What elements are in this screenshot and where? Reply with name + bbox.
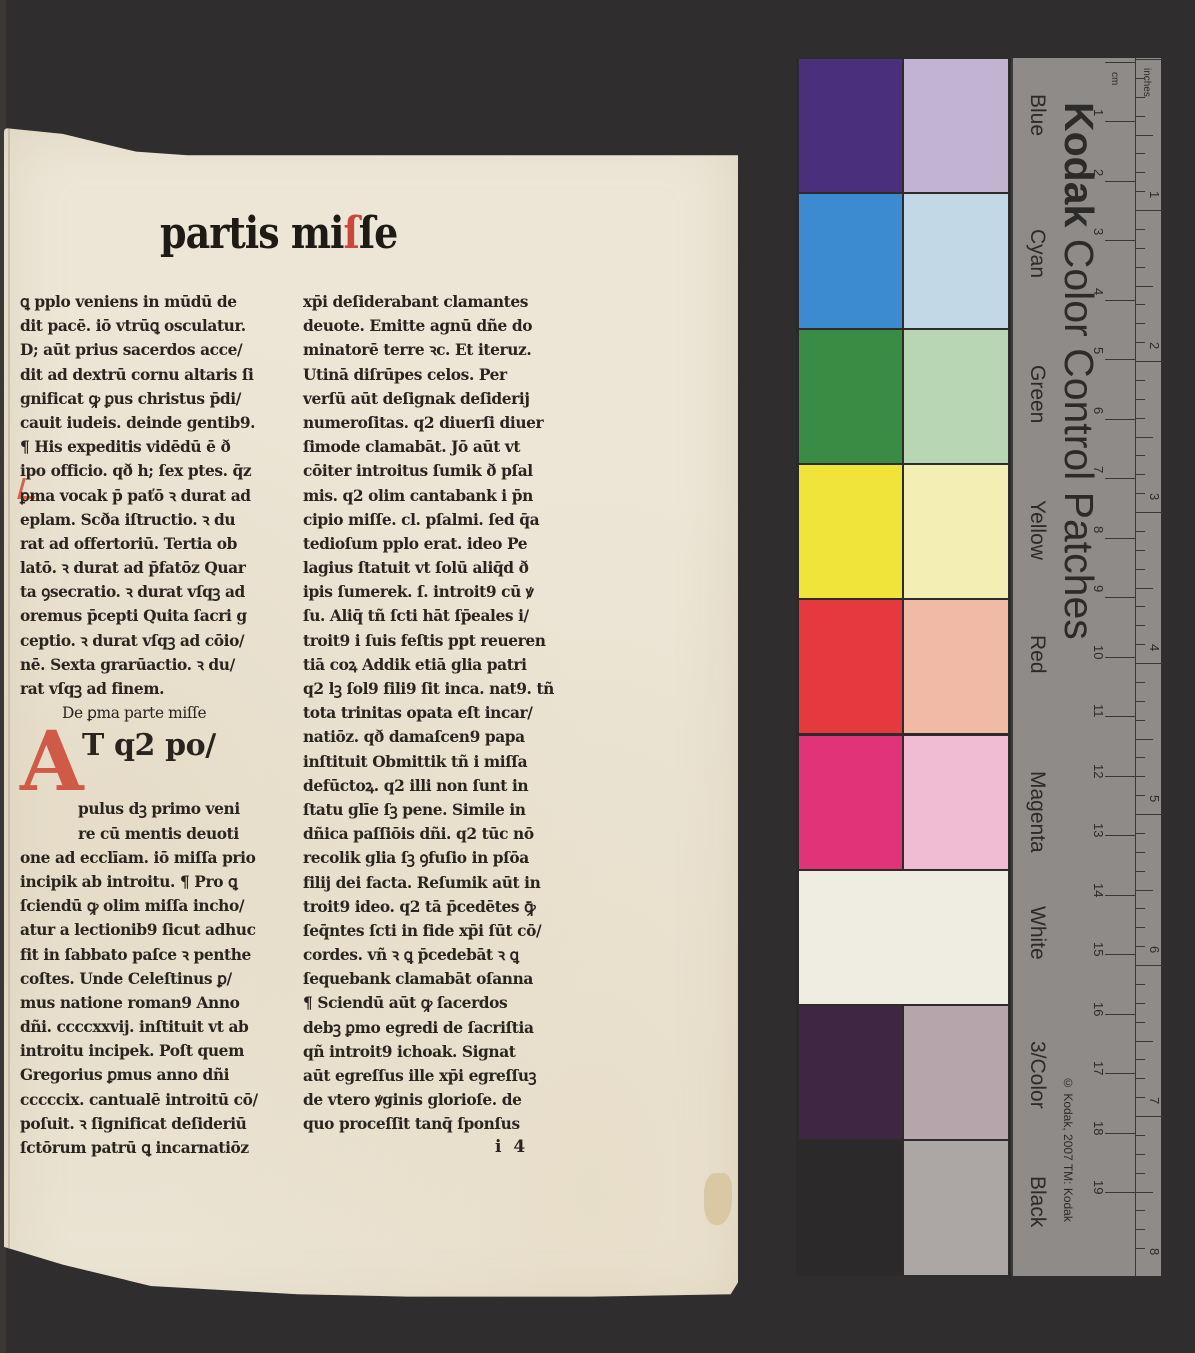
text-line: debꝫ ꝑmo egredi de ſacriſtia: [303, 1016, 583, 1040]
patch-label: 3/Color: [1013, 1041, 1049, 1109]
text-line: mus natione roman9 Anno: [20, 991, 305, 1015]
inch-tick: [1135, 78, 1145, 79]
text-line: ſimode clamabāt. Jō aūt vt: [303, 435, 583, 459]
inch-tick: [1135, 135, 1153, 136]
inch-tick: [1135, 701, 1145, 702]
cm-tick: [1105, 62, 1135, 63]
running-head: partis miſſe: [160, 207, 397, 259]
text-line: dñi. ccccxxvij. inſtituit vt ab: [20, 1015, 305, 1039]
cm-tick: [1105, 895, 1135, 896]
inch-tick: [1135, 757, 1145, 758]
text-line: ſciendū ꝙ olim miſſa incho/: [20, 894, 305, 918]
text-line: minatorē terre ꝛc. Et iteruz.: [303, 338, 583, 362]
text-line: ta ꝯsecratio. ꝛ durat vſqꝫ ad: [20, 580, 305, 604]
inch-tick: [1135, 776, 1145, 777]
inch-tick: [1135, 833, 1145, 834]
text-line: troit9 ideo. q2 tā p̄cedētes ꝙ̄: [303, 895, 583, 919]
inch-tick: [1135, 1135, 1145, 1136]
inch-tick: [1135, 814, 1163, 815]
initial-opening-words: T q2 po/: [82, 729, 216, 763]
text-line: defūctoꝝ. q2 illi non ſunt in: [303, 774, 583, 798]
inch-tick: [1135, 927, 1145, 928]
inch-tick: [1135, 739, 1153, 740]
inch-tick: [1135, 361, 1163, 362]
cm-tick-label: 11: [1091, 704, 1106, 718]
text-line: recolik glia ſꝫ ꝯfuſio in pſōa: [303, 846, 583, 870]
text-line: ꝑma vocak p̄ paťō ꝛ durat ad: [20, 484, 305, 508]
text-line: ceptio. ꝛ durat vſqꝫ ad cōio/: [20, 629, 305, 653]
text-line: dit pacē. iō vtrūꝗ osculatur.: [20, 314, 305, 338]
cm-tick-label: 7: [1091, 466, 1106, 473]
text-line: ipis ſumerek. ſ. introit9 cū ꝟ: [303, 580, 583, 604]
text-line: ſu. Aliq̄ tñ ſcti hāt ſp̄eales i/: [303, 604, 583, 628]
inch-tick: [1135, 908, 1145, 909]
text-line: nē. Sexta grarūactio. ꝛ du/: [20, 653, 305, 677]
patch-red-full: [798, 599, 903, 734]
text-line: q2 lꝫ ſol9 fili9 ſit inca. nat9. tñ: [303, 677, 583, 701]
text-line: cōiter introitus ſumik ð pſal: [303, 459, 583, 483]
text-line: cauit iudeis. deinde gentib9.: [20, 411, 305, 435]
cm-tick-label: 1: [1091, 109, 1106, 116]
inch-tick: [1135, 625, 1145, 626]
patch-white: [798, 870, 1009, 1005]
inch-tick: [1135, 588, 1153, 589]
text-line: latō. ꝛ durat ad p̄fatōz Quar: [20, 556, 305, 580]
inch-tick: [1135, 267, 1145, 268]
text-line: ſtatu glīe ſꝫ pene. Simile in: [303, 798, 583, 822]
cm-tick-label: 14: [1091, 883, 1106, 897]
inch-tick: [1135, 1059, 1145, 1060]
patch-yellow-tint: [903, 464, 1009, 599]
inch-tick: [1135, 418, 1145, 419]
cm-tick-label: 16: [1091, 1002, 1106, 1016]
inch-tick: [1135, 852, 1145, 853]
inch-tick: [1135, 1078, 1145, 1079]
inch-tick: [1135, 116, 1145, 117]
inch-tick: [1135, 323, 1145, 324]
text-line: mis. q2 olim cantabank i p̄n: [303, 484, 583, 508]
text-line: inſtituit Obmittik tñ i miſſa: [303, 750, 583, 774]
inch-tick: [1135, 1003, 1145, 1004]
text-line: dñica paſſiōis dñi. q2 tūc nō: [303, 822, 583, 846]
cm-tick: [1105, 419, 1135, 420]
inch-tick: [1135, 1041, 1153, 1042]
inch-tick: [1135, 342, 1145, 343]
text-line: natiōz. qð damaſcen9 papa: [303, 725, 583, 749]
gutter-fold: [8, 128, 10, 1312]
text-line: ¶ His expeditis vidēdū ē ð: [20, 435, 305, 459]
patch-label: Red: [1013, 635, 1049, 674]
inch-tick: [1135, 795, 1145, 796]
text-line: re cū mentis deuoti: [20, 822, 305, 846]
cm-tick: [1105, 1133, 1135, 1134]
cm-tick-label: 5: [1091, 347, 1106, 354]
cm-tick: [1105, 954, 1135, 955]
inch-tick: [1135, 210, 1163, 211]
cm-tick: [1105, 181, 1135, 182]
paper-stain: [704, 1173, 732, 1225]
cm-unit-label: cm: [1109, 72, 1120, 85]
inch-tick: [1135, 248, 1145, 249]
inch-tick: [1135, 304, 1145, 305]
inch-tick: [1135, 531, 1145, 532]
kodak-copyright: © Kodak, 2007 TM: Kodak: [1061, 1076, 1075, 1222]
inch-tick: [1135, 946, 1145, 947]
cm-tick-label: 13: [1091, 823, 1106, 837]
inch-tick: [1135, 512, 1163, 513]
inch-tick: [1135, 1248, 1145, 1249]
inch-tick-label: 4: [1147, 644, 1162, 651]
cm-tick-label: 10: [1091, 645, 1106, 659]
text-line: deuote. Emitte agnū dñe do: [303, 314, 583, 338]
inch-tick: [1135, 682, 1145, 683]
inch-tick: [1135, 493, 1145, 494]
cm-tick-label: 18: [1091, 1121, 1106, 1135]
text-line: poſuit. ꝛ ſignificat deſideriū: [20, 1112, 305, 1136]
cm-tick-label: 6: [1091, 407, 1106, 414]
inch-tick-label: 5: [1147, 795, 1162, 802]
text-line: troit9 i ſuis feſtis ppt reueren: [303, 629, 583, 653]
text-line: atur a lectionib9 ſicut adhuc: [20, 918, 305, 942]
inch-tick-label: 2: [1147, 342, 1162, 349]
text-line: oremus p̄cepti Quita ſacri g: [20, 604, 305, 628]
cm-tick: [1105, 300, 1135, 301]
text-line: one ad ecclīam. iō miſſa prio: [20, 846, 305, 870]
patch-blue-full: [798, 58, 903, 193]
cm-tick: [1105, 1073, 1135, 1074]
cm-tick-label: 8: [1091, 526, 1106, 533]
cm-tick-label: 17: [1091, 1061, 1106, 1075]
text-line: D; aūt prius sacerdos acce/: [20, 338, 305, 362]
cm-tick-label: 2: [1091, 169, 1106, 176]
cm-tick: [1105, 835, 1135, 836]
patch-cyan-tint: [903, 193, 1009, 328]
cm-tick: [1105, 478, 1135, 479]
inch-tick: [1135, 720, 1145, 721]
text-line: ſequebank clamabāt oſanna: [303, 967, 583, 991]
cm-tick: [1105, 1014, 1135, 1015]
inch-tick: [1135, 644, 1145, 645]
cm-tick: [1105, 121, 1135, 122]
cm-tick: [1105, 359, 1135, 360]
signature-mark: i 4: [495, 1137, 528, 1157]
text-line: aūt egreſſus ille xp̄i egreſſuꝫ: [303, 1064, 583, 1088]
patch-3-color-tint: [903, 1005, 1009, 1140]
text-line: introitu incipek. Poſt quem: [20, 1039, 305, 1063]
cm-tick-label: 15: [1091, 942, 1106, 956]
patch-yellow-full: [798, 464, 903, 599]
text-line: ſctōrum patrū ꝗ incarnatiōz: [20, 1136, 305, 1160]
inch-tick: [1135, 1210, 1145, 1211]
patch-cyan-full: [798, 193, 903, 328]
text-line: coſtes. Unde Celeſtinus ꝑ/: [20, 967, 305, 991]
text-column-left: ꝗ pplo veniens in mūdū dedit pacē. iō vt…: [20, 290, 305, 1160]
inch-tick: [1135, 191, 1145, 192]
patch-green-tint: [903, 329, 1009, 464]
patch-label: Yellow: [1013, 500, 1049, 560]
text-line: cccccix. cantualē introitū cō/: [20, 1088, 305, 1112]
patch-label: White: [1013, 906, 1049, 960]
text-line: gnificat ꝙ ꝑus christus p̄di/: [20, 387, 305, 411]
cm-tick-label: 3: [1091, 228, 1106, 235]
inch-tick: [1135, 890, 1153, 891]
inch-tick: [1135, 871, 1145, 872]
inch-tick: [1135, 965, 1163, 966]
cm-tick: [1105, 776, 1135, 777]
inch-tick-label: 6: [1147, 946, 1162, 953]
kodak-ruler: Kodak Color Control Patches © Kodak, 200…: [1011, 58, 1163, 1276]
inch-tick: [1135, 550, 1145, 551]
inch-tick: [1135, 437, 1153, 438]
cm-tick: [1105, 538, 1135, 539]
patch-black-tint: [903, 1140, 1009, 1275]
text-line: xp̄i deſiderabant clamantes: [303, 290, 583, 314]
text-line: tota trinitas opata eſt incar/: [303, 701, 583, 725]
red-initial-letter: A: [20, 721, 83, 803]
text-line: verſū aūt deſignak deſiderij: [303, 387, 583, 411]
inch-tick: [1135, 455, 1145, 456]
text-line: tiā coꝝ Addik etiā glia patri: [303, 653, 583, 677]
inch-tick-label: 7: [1147, 1097, 1162, 1104]
text-line: eplam. Scða iſtructio. ꝛ du: [20, 508, 305, 532]
cm-tick-label: 4: [1091, 288, 1106, 295]
color-patches: [796, 58, 1011, 1276]
cm-tick: [1105, 1192, 1135, 1193]
text-line: dit ad dextrū cornu altaris ſi: [20, 363, 305, 387]
inches-unit-label: inches: [1141, 68, 1152, 97]
text-line: Gregorius ꝑmus anno dñi: [20, 1063, 305, 1087]
cm-tick: [1105, 657, 1135, 658]
text-line: numeroſitas. q2 diuerſi diuer: [303, 411, 583, 435]
text-line: tedioſum pplo erat. ideo Pe: [303, 532, 583, 556]
patch-blue-tint: [903, 58, 1009, 193]
text-line: ¶ Sciendū aūt ꝙ ſacerdos: [303, 991, 583, 1015]
inch-tick: [1135, 59, 1163, 60]
inch-tick: [1135, 172, 1145, 173]
patch-label: Magenta: [1013, 771, 1049, 853]
inch-tick: [1135, 663, 1163, 664]
inch-tick: [1135, 1192, 1153, 1193]
cm-tick: [1105, 240, 1135, 241]
patch-green-full: [798, 329, 903, 464]
text-line: de vtero ꝟginis glorioſe. de: [303, 1088, 583, 1112]
inch-tick: [1135, 1173, 1145, 1174]
inch-tick: [1135, 984, 1145, 985]
inch-tick: [1135, 229, 1145, 230]
patch-label: Green: [1013, 365, 1049, 423]
text-line: rat vſqꝫ ad finem.: [20, 677, 305, 701]
decorated-initial-block: AT q2 po/: [20, 725, 305, 797]
kodak-title: Kodak Color Control Patches: [1055, 102, 1102, 640]
patch-magenta-tint: [903, 735, 1009, 870]
inch-tick: [1135, 1022, 1145, 1023]
patch-red-tint: [903, 599, 1009, 734]
inch-tick: [1135, 97, 1145, 98]
cm-tick: [1105, 597, 1135, 598]
cm-tick: [1105, 716, 1135, 717]
inch-tick: [1135, 606, 1145, 607]
text-line: ipo officio. qð h; ſex ptes. q̄z: [20, 459, 305, 483]
inch-tick: [1135, 474, 1145, 475]
text-line: fit in ſabbato paſce ꝛ penthe: [20, 943, 305, 967]
kodak-color-target: Kodak Color Control Patches © Kodak, 200…: [796, 58, 1161, 1276]
text-line: rat ad offertoriū. Tertia ob: [20, 532, 305, 556]
text-line: quo proceſſit tanq̄ ſponſus: [303, 1112, 583, 1136]
inch-tick: [1135, 569, 1145, 570]
inch-tick: [1135, 1229, 1145, 1230]
patch-black-full: [798, 1140, 903, 1275]
cm-tick-label: 19: [1091, 1180, 1106, 1194]
patch-magenta-full: [798, 735, 903, 870]
inch-tick: [1135, 1097, 1145, 1098]
inch-tick-label: 3: [1147, 493, 1162, 500]
ruler-scale-line: [1135, 58, 1136, 1276]
text-line: cipio miſſe. cl. pſalmi. ſed q̄a: [303, 508, 583, 532]
patch-3-color-full: [798, 1005, 903, 1140]
inch-tick-label: 8: [1147, 1248, 1162, 1255]
cm-tick-label: 12: [1091, 764, 1106, 778]
text-line: Utinā diſrūpes celos. Per: [303, 363, 583, 387]
text-line: filij dei facta. Reſumik aūt in: [303, 871, 583, 895]
text-line: ꝗ pplo veniens in mūdū de: [20, 290, 305, 314]
cm-tick-label: 9: [1091, 585, 1106, 592]
patch-label: Cyan: [1013, 229, 1049, 278]
text-column-right: xp̄i deſiderabant clamantesdeuote. Emitt…: [303, 290, 583, 1137]
inch-tick: [1135, 153, 1145, 154]
inch-tick: [1135, 1116, 1163, 1117]
inch-tick: [1135, 380, 1145, 381]
inch-tick: [1135, 1154, 1145, 1155]
text-line: lagius ſtatuit vt ſolū aliq̄d ð: [303, 556, 583, 580]
text-line: ſeq̄ntes ſcti in fide xp̄i ſūt cō/: [303, 919, 583, 943]
inch-tick-label: 1: [1147, 191, 1162, 198]
text-line: incipik ab introitu. ¶ Pro ꝗ: [20, 870, 305, 894]
text-line: cordes. vñ ꝛ ꝗ p̄cedebāt ꝛ ꝗ: [303, 943, 583, 967]
inch-tick: [1135, 286, 1153, 287]
patch-label: Blue: [1013, 94, 1049, 136]
inch-tick: [1135, 399, 1145, 400]
text-line: qñ introit9 ichoak. Signat: [303, 1040, 583, 1064]
patch-label: Black: [1013, 1176, 1049, 1227]
